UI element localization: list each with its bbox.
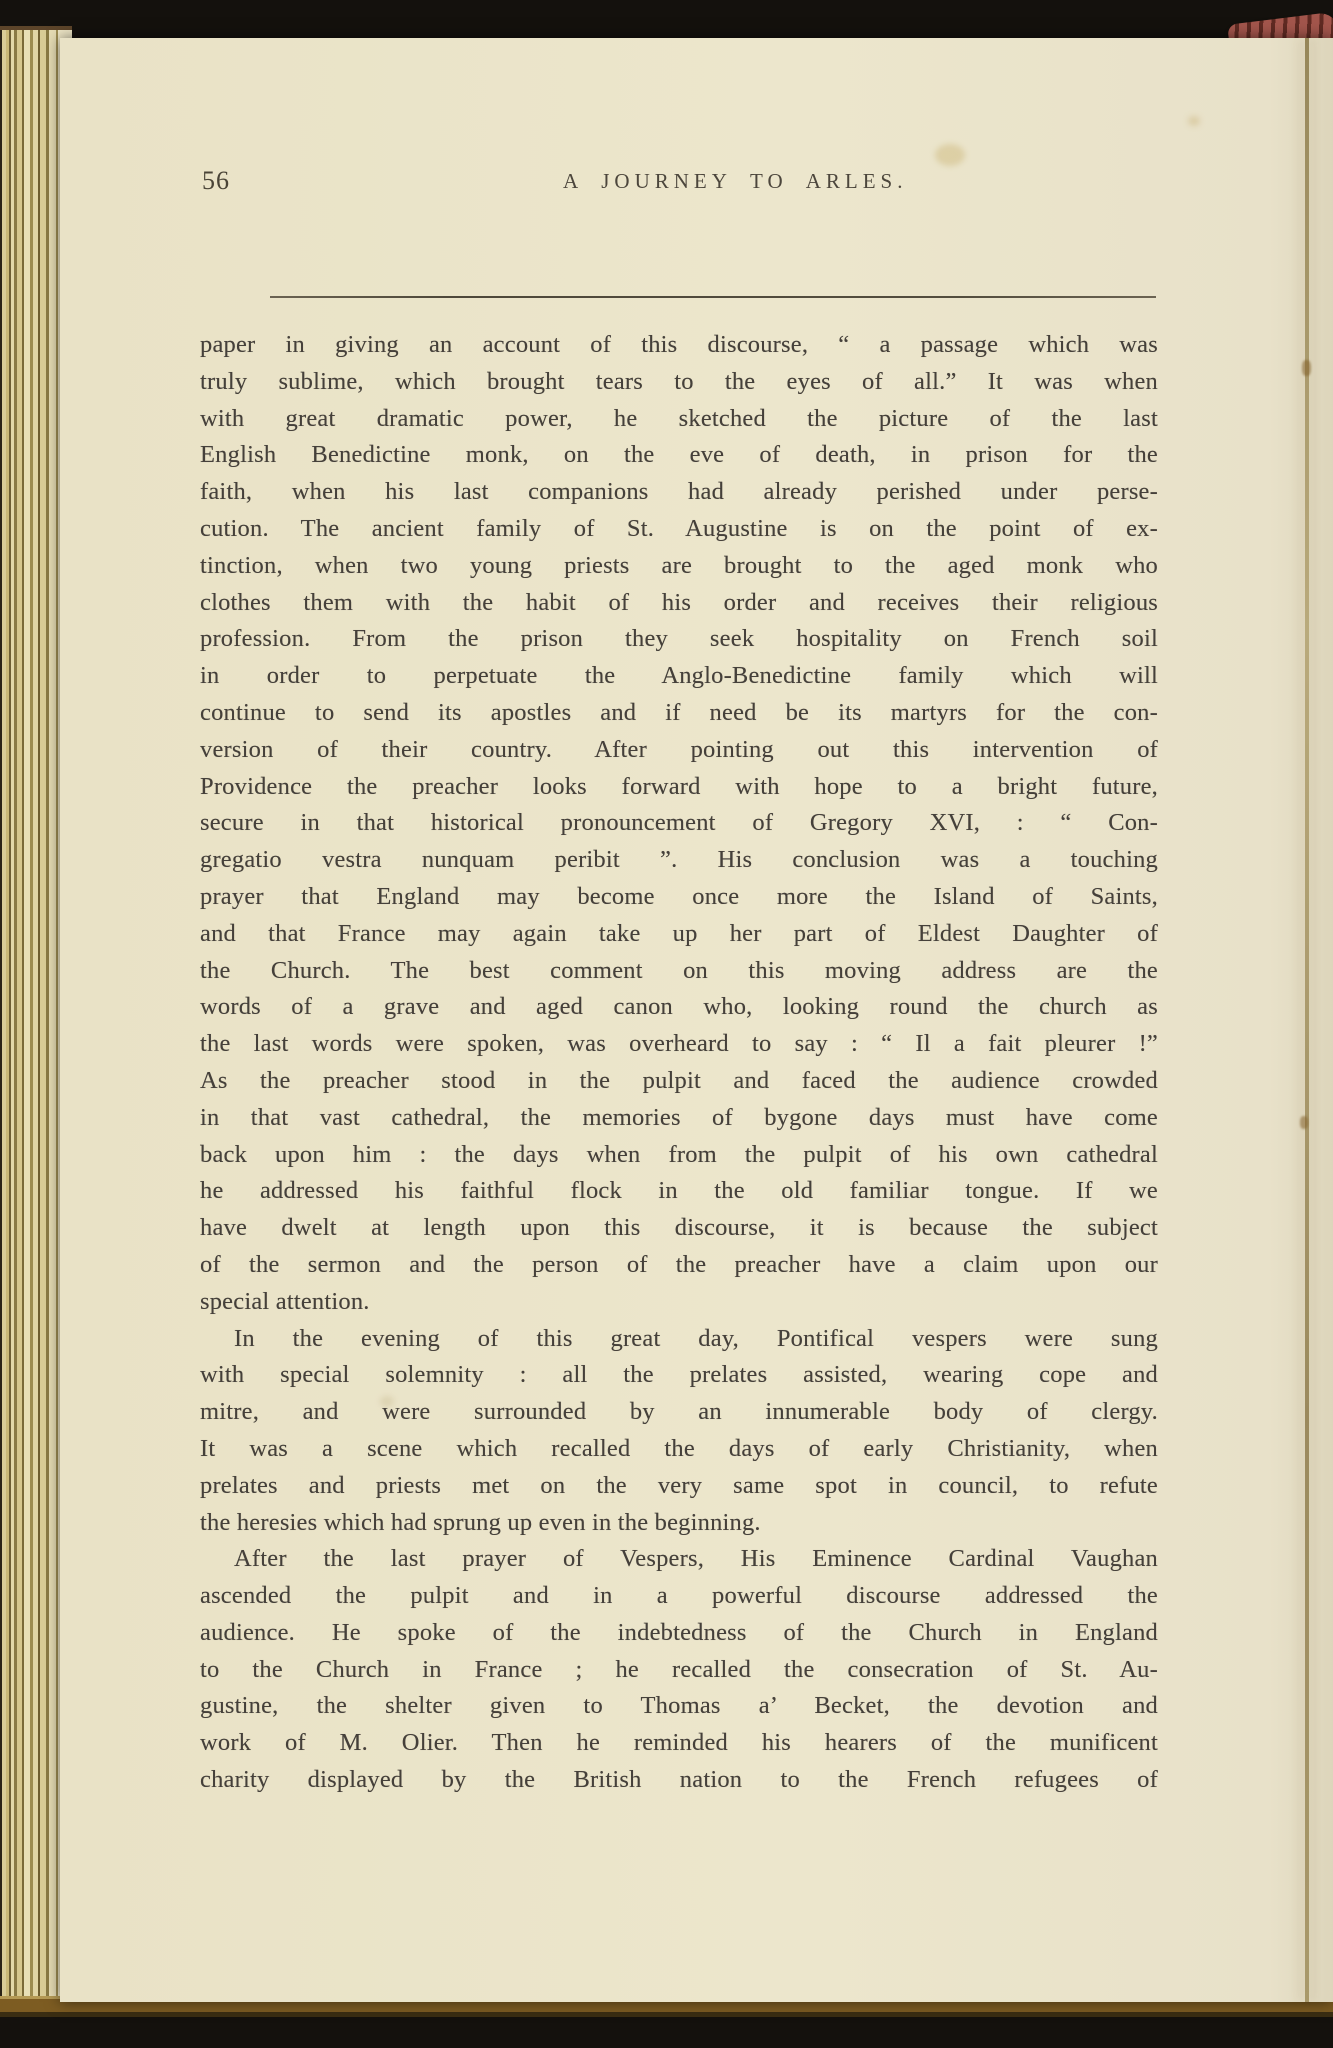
text-line: mitre, and were surrounded by an innumer…	[200, 1394, 1158, 1431]
text-line: English Benedictine monk, on the eve of …	[200, 437, 1158, 474]
page-number: 56	[202, 166, 230, 196]
text-line: audience. He spoke of the indebtedness o…	[200, 1615, 1158, 1652]
text-line: Providence the preacher looks forward wi…	[200, 769, 1158, 806]
gutter-wear-mark	[1300, 1116, 1308, 1129]
text-line: he addressed his faithful flock in the o…	[200, 1173, 1158, 1210]
paragraph: After the last prayer of Vespers, His Em…	[200, 1541, 1158, 1799]
page-header: 56 A JOURNEY TO ARLES.	[60, 166, 1333, 202]
gutter-wear-mark	[1302, 360, 1311, 376]
text-line: back upon him : the days when from the p…	[200, 1137, 1158, 1174]
running-header: A JOURNEY TO ARLES.	[563, 169, 907, 194]
text-line: the Church. The best comment on this mov…	[200, 953, 1158, 990]
text-line: charity displayed by the British nation …	[200, 1762, 1158, 1799]
text-line: the last words were spoken, was overhear…	[200, 1026, 1158, 1063]
text-line: gustine, the shelter given to Thomas a’ …	[200, 1688, 1158, 1725]
text-line: In the evening of this great day, Pontif…	[200, 1321, 1158, 1358]
text-line: special attention.	[200, 1284, 1158, 1321]
text-line: faith, when his last companions had alre…	[200, 474, 1158, 511]
text-line: the heresies which had sprung up even in…	[200, 1505, 1158, 1542]
text-line: in that vast cathedral, the memories of …	[200, 1100, 1158, 1137]
paragraph: paper in giving an account of this disco…	[200, 327, 1158, 1321]
text-line: words of a grave and aged canon who, loo…	[200, 989, 1158, 1026]
text-line: cution. The ancient family of St. August…	[200, 511, 1158, 548]
text-line: version of their country. After pointing…	[200, 732, 1158, 769]
text-line: truly sublime, which brought tears to th…	[200, 364, 1158, 401]
page-body-text: paper in giving an account of this disco…	[200, 327, 1158, 1799]
header-rule	[270, 296, 1156, 298]
paper-stain	[935, 144, 965, 166]
text-line: and that France may again take up her pa…	[200, 916, 1158, 953]
text-line: in order to perpetuate the Anglo-Benedic…	[200, 658, 1158, 695]
text-line: have dwelt at length upon this discourse…	[200, 1210, 1158, 1247]
text-line: prayer that England may become once more…	[200, 879, 1158, 916]
photographed-book: 56 A JOURNEY TO ARLES. paper in giving a…	[0, 0, 1333, 2048]
text-line: work of M. Olier. Then he reminded his h…	[200, 1725, 1158, 1762]
text-line: As the preacher stood in the pulpit and …	[200, 1063, 1158, 1100]
text-line: with great dramatic power, he sketched t…	[200, 401, 1158, 438]
text-line: with special solemnity : all the prelate…	[200, 1357, 1158, 1394]
text-line: to the Church in France ; he recalled th…	[200, 1652, 1158, 1689]
text-line: It was a scene which recalled the days o…	[200, 1431, 1158, 1468]
text-line: After the last prayer of Vespers, His Em…	[200, 1541, 1158, 1578]
text-line: of the sermon and the person of the prea…	[200, 1247, 1158, 1284]
book-page: 56 A JOURNEY TO ARLES. paper in giving a…	[60, 38, 1333, 2002]
book-cover-bottom-edge	[0, 1996, 1333, 2048]
text-line: paper in giving an account of this disco…	[200, 327, 1158, 364]
text-line: prelates and priests met on the very sam…	[200, 1468, 1158, 1505]
text-line: tinction, when two young priests are bro…	[200, 548, 1158, 585]
text-line: ascended the pulpit and in a powerful di…	[200, 1578, 1158, 1615]
text-line: gregatio vestra nunquam peribit ”. His c…	[200, 842, 1158, 879]
text-line: secure in that historical pronouncement …	[200, 805, 1158, 842]
paragraph: In the evening of this great day, Pontif…	[200, 1321, 1158, 1542]
page-gutter-crease	[1305, 38, 1309, 2002]
text-line: profession. From the prison they seek ho…	[200, 621, 1158, 658]
paper-stain	[1188, 116, 1200, 126]
text-line: continue to send its apostles and if nee…	[200, 695, 1158, 732]
text-line: clothes them with the habit of his order…	[200, 585, 1158, 622]
